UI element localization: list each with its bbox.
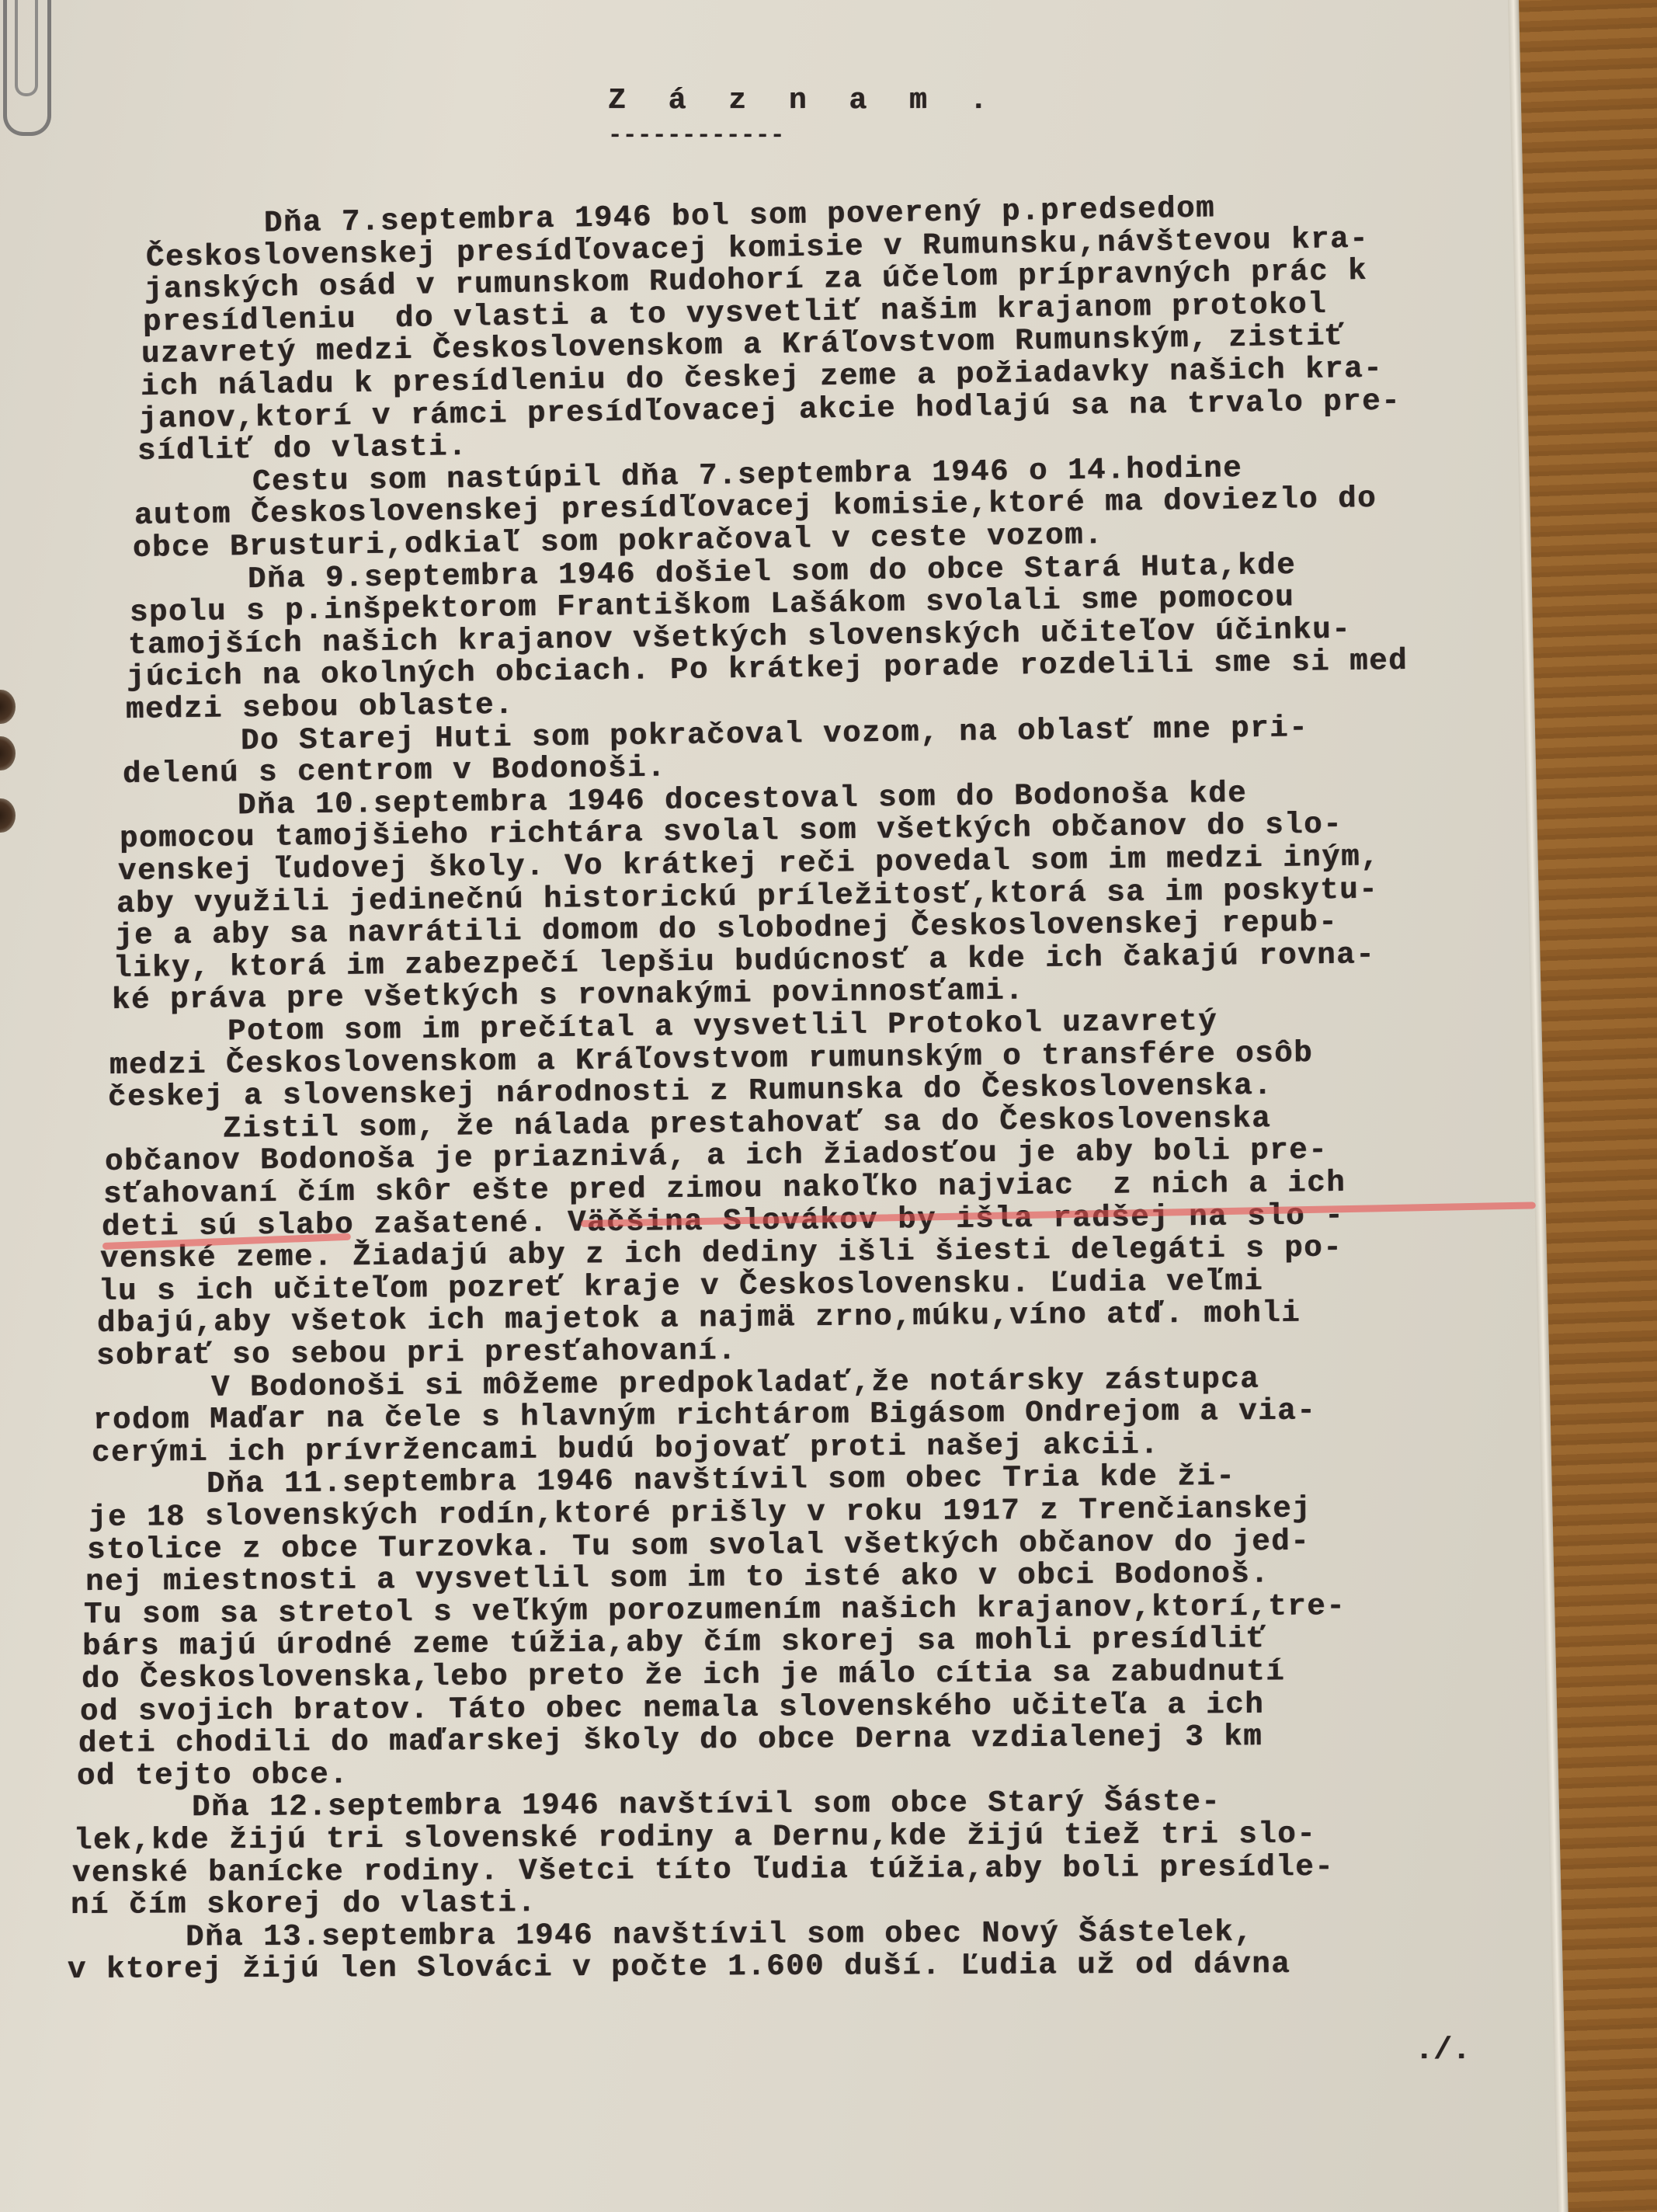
text-line: deti chodili do maďarskej školy do obce … bbox=[78, 1720, 1263, 1761]
text-line: venské banícke rodiny. Všetci títo ľudia… bbox=[72, 1849, 1334, 1890]
continuation-mark: ./. bbox=[1415, 2033, 1471, 2068]
typewritten-record: Z á z n a m . ------------ Dňa 7.septemb… bbox=[0, 0, 1657, 2212]
text-line: od tejto obce. bbox=[77, 1758, 349, 1793]
text-line: ní čím skorej do vlasti. bbox=[71, 1886, 537, 1922]
text-line: v ktorej žijú len Slováci v počte 1.600 … bbox=[68, 1947, 1291, 1987]
title-underline: ------------ bbox=[608, 123, 785, 149]
document-title: Z á z n a m . bbox=[608, 84, 999, 117]
